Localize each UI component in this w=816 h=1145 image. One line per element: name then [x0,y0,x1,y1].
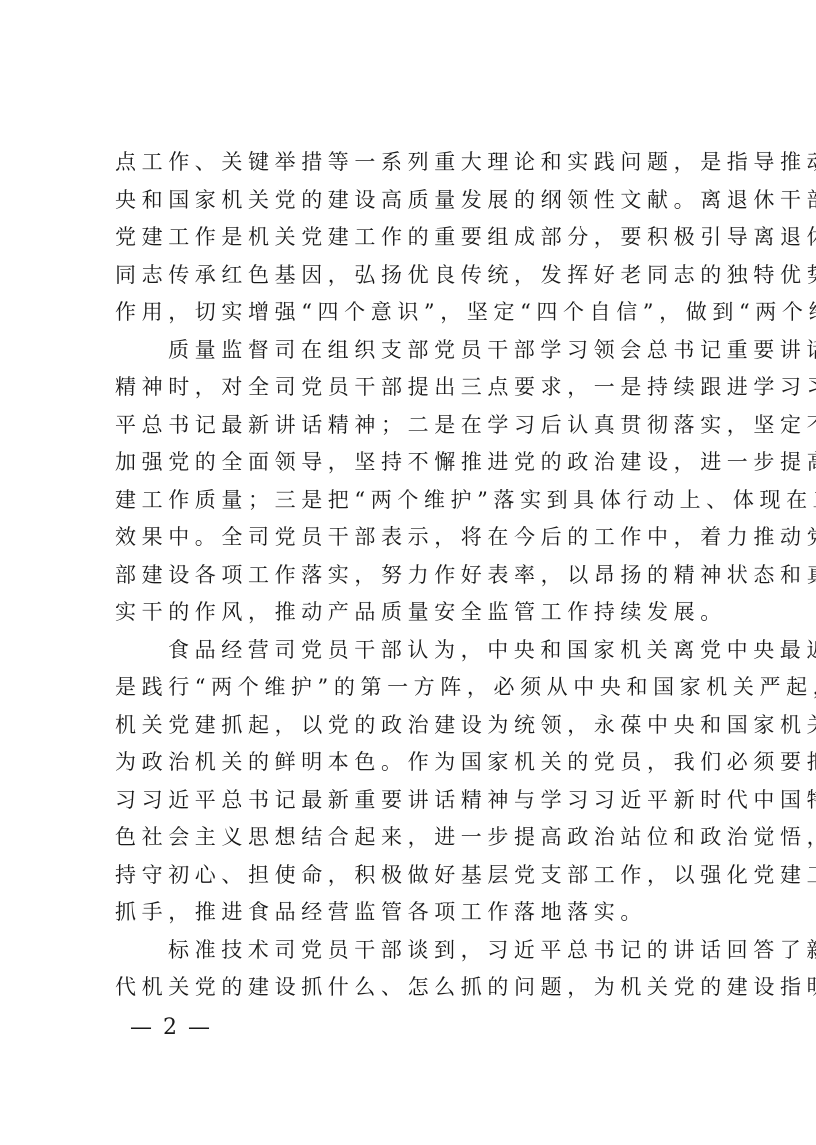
text-line: 抓手，推进食品经营监管各项工作落地落实。 [115,894,705,932]
page-number: — 2 — [130,1014,212,1042]
text-line: 央和国家机关党的建设高质量发展的纲领性文献。离退休干部 [115,182,705,220]
text-line: 机关党建抓起，以党的政治建设为统领，永葆中央和国家机关作 [115,707,705,745]
text-line: 实干的作风，推动产品质量安全监管工作持续发展。 [115,594,705,632]
text-line: 部建设各项工作落实，努力作好表率，以昂扬的精神状态和真抓 [115,557,705,595]
paragraph-start-standards-technology: 标准技术司党员干部谈到，习近平总书记的讲话回答了新时 [115,932,705,970]
text-line: 习习近平总书记最新重要讲话精神与学习习近平新时代中国特 [115,782,705,820]
text-line: 精神时，对全司党员干部提出三点要求，一是持续跟进学习习近 [115,369,705,407]
paragraph-start-quality-supervision: 质量监督司在组织支部党员干部学习领会总书记重要讲话 [115,332,705,370]
text-line: 平总书记最新讲话精神；二是在学习后认真贯彻落实，坚定不移 [115,407,705,445]
text-line: 点工作、关键举措等一系列重大理论和实践问题，是指导推动中 [115,144,705,182]
document-page: 点工作、关键举措等一系列重大理论和实践问题，是指导推动中 央和国家机关党的建设高… [0,0,816,1145]
paragraph-start-food-operation: 食品经营司党员干部认为，中央和国家机关离党中央最近， [115,632,705,670]
text-line: 建工作质量；三是把“两个维护”落实到具体行动上、体现在工作 [115,482,705,520]
text-line: 效果中。全司党员干部表示，将在今后的工作中，着力推动党支 [115,519,705,557]
text-line: 同志传承红色基因，弘扬优良传统，发挥好老同志的独特优势和 [115,257,705,295]
text-line: 加强党的全面领导，坚持不懈推进党的政治建设，进一步提高党 [115,444,705,482]
text-line: 党建工作是机关党建工作的重要组成部分，要积极引导离退休老 [115,219,705,257]
text-line: 代机关党的建设抓什么、怎么抓的问题，为机关党的建设指明了 [115,969,705,1007]
text-line: 色社会主义思想结合起来，进一步提高政治站位和政治觉悟，坚 [115,819,705,857]
text-line: 持守初心、担使命，积极做好基层党支部工作，以强化党建工作为 [115,857,705,895]
body-text: 点工作、关键举措等一系列重大理论和实践问题，是指导推动中 央和国家机关党的建设高… [115,144,705,1007]
text-line: 作用，切实增强“四个意识”，坚定“四个自信”，做到“两个维护”。 [115,294,705,332]
text-line: 是践行“两个维护”的第一方阵，必须从中央和国家机关严起，从 [115,669,705,707]
text-line: 为政治机关的鲜明本色。作为国家机关的党员，我们必须要把学 [115,744,705,782]
